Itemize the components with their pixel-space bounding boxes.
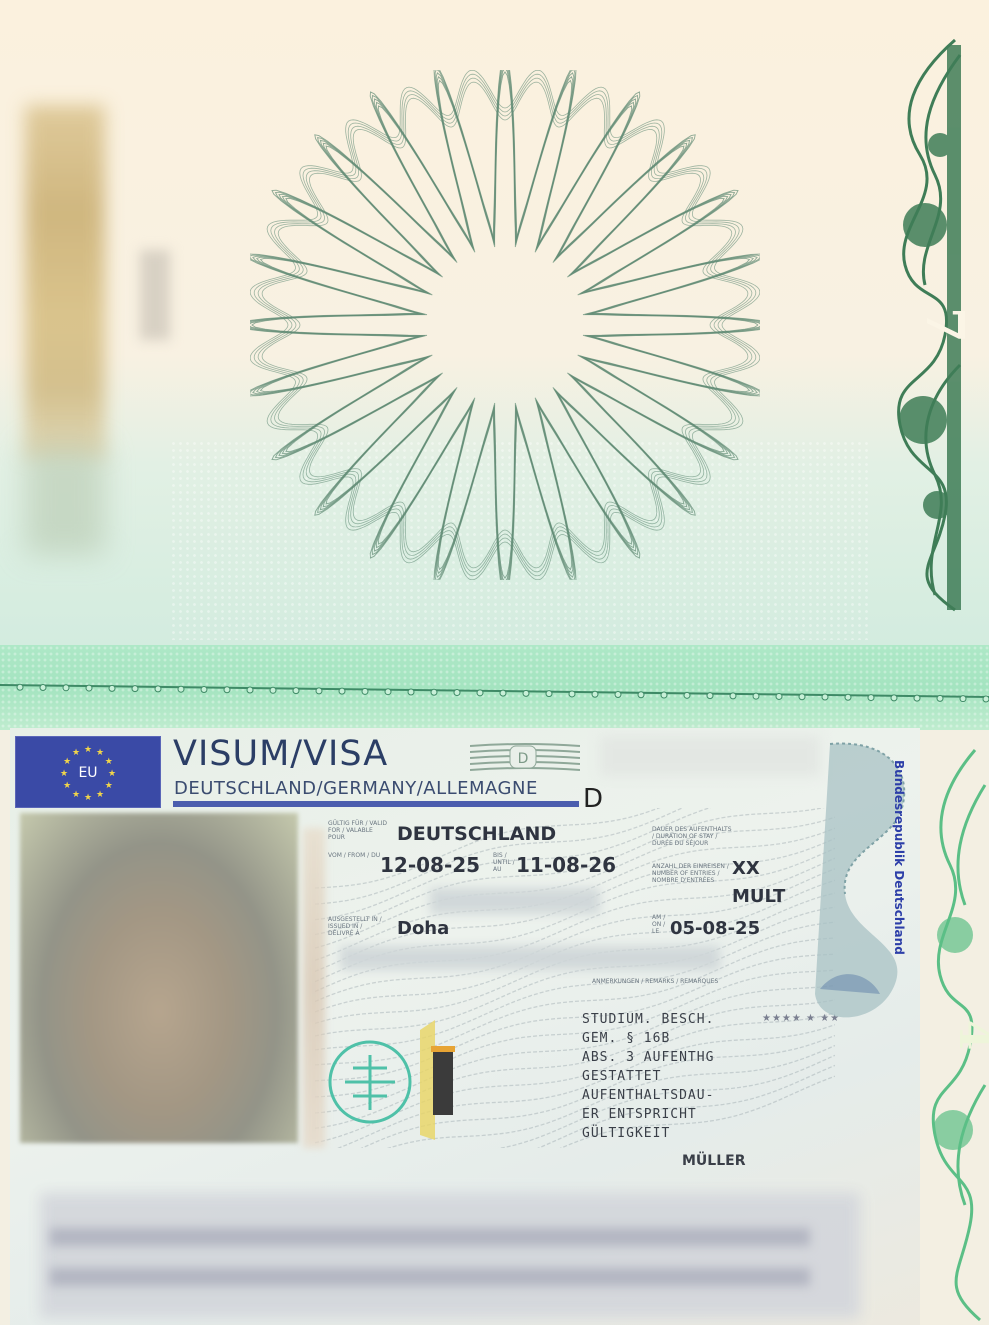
- svg-text:★: ★: [84, 745, 92, 755]
- ghost-image: [303, 828, 325, 1148]
- svg-text:★: ★: [105, 757, 113, 767]
- remark-line: GESTATTET: [582, 1069, 661, 1084]
- redacted-field: [340, 946, 720, 970]
- hologram-seal-icon: [325, 1010, 575, 1150]
- duration-value: XX: [732, 858, 760, 879]
- from-label: VOM / FROM / DU: [328, 852, 383, 859]
- svg-text:★: ★: [84, 793, 92, 803]
- until-date: 11-08-26: [516, 853, 616, 877]
- remarks-text: STUDIUM. BESCH. GEM. § 16B ABS. 3 AUFENT…: [582, 1010, 714, 1143]
- redacted-mrz: [40, 1193, 860, 1318]
- redacted-passport-number: [600, 736, 820, 776]
- remark-line: AUFENTHALTSDAU-: [582, 1088, 714, 1103]
- blurred-strip-lower: [25, 445, 105, 555]
- upper-passport-page: 7: [0, 0, 989, 645]
- entries-value: MULT: [732, 886, 785, 907]
- svg-text:★: ★: [60, 769, 68, 779]
- svg-text:★: ★: [105, 781, 113, 791]
- svg-text:4: 4: [949, 1020, 989, 1051]
- issue-date-label: AM / ON / LE: [652, 914, 666, 935]
- svg-text:★: ★: [72, 790, 80, 800]
- remark-line: GÜLTIGKEIT: [582, 1126, 670, 1141]
- issued-in-label: AUSGESTELLT IN / ISSUED IN / DÉLIVRÉ À: [328, 916, 388, 937]
- country-code-emblem-icon: D: [470, 740, 580, 776]
- valid-for-value: DEUTSCHLAND: [397, 823, 556, 845]
- until-label: BIS / UNTIL / AU: [493, 852, 518, 873]
- svg-text:★: ★: [108, 769, 116, 779]
- microprint-band: [173, 801, 579, 807]
- visa-title: VISUM/VISA: [173, 734, 388, 774]
- redacted-photo: [20, 813, 298, 1143]
- svg-text:★: ★: [63, 757, 71, 767]
- remark-line: ER ENTSPRICHT: [582, 1107, 697, 1122]
- entries-label: ANZAHL DER EINREISEN / NUMBER OF ENTRIES…: [652, 863, 732, 884]
- svg-text:★: ★: [63, 781, 71, 791]
- from-date: 12-08-25: [380, 853, 480, 877]
- rosette-watermark-icon: [250, 70, 760, 580]
- blurred-mark: [140, 250, 170, 340]
- valid-for-label: GÜLTIG FÜR / VALID FOR / VALABLE POUR: [328, 820, 388, 841]
- stitching-icon: [0, 645, 989, 730]
- svg-text:7: 7: [914, 307, 965, 343]
- blurred-mrz-strip: [25, 105, 105, 460]
- svg-text:★: ★: [96, 790, 104, 800]
- remarks-label: ANMERKUNGEN / REMARKS / REMARQUES: [592, 978, 742, 985]
- ornament-page-number-icon: 4: [915, 745, 989, 1325]
- svg-text:★: ★: [96, 748, 104, 758]
- eu-flag: EU ★★★★★★★★★★★★: [15, 736, 161, 808]
- remark-line: STUDIUM. BESCH.: [582, 1012, 714, 1027]
- svg-text:★: ★: [72, 748, 80, 758]
- eu-stars-icon: EU ★★★★★★★★★★★★: [16, 737, 160, 807]
- issuing-state: DEUTSCHLAND/GERMANY/ALLEMAGNE: [174, 778, 538, 799]
- redacted-name: [430, 888, 600, 914]
- ornament-page-number-icon: 7: [875, 35, 965, 615]
- duration-label: DAUER DES AUFENTHALTS / DURATION OF STAY…: [652, 826, 732, 847]
- signature-name: MÜLLER: [682, 1153, 746, 1169]
- svg-text:EU: EU: [78, 765, 97, 781]
- side-security-text: Bundesrepublik Deutschland: [892, 760, 906, 1080]
- issued-in-value: Doha: [397, 918, 449, 939]
- remark-line: ABS. 3 AUFENTHG: [582, 1050, 714, 1065]
- passport-binding-seam: [0, 645, 989, 730]
- visa-type: D: [583, 784, 603, 814]
- visa-sticker: EU ★★★★★★★★★★★★ VISUM/VISA DEUTSCHLAND/G…: [10, 728, 920, 1325]
- svg-text:D: D: [518, 751, 529, 767]
- remark-line: GEM. § 16B: [582, 1031, 670, 1046]
- issue-date-value: 05-08-25: [670, 918, 760, 939]
